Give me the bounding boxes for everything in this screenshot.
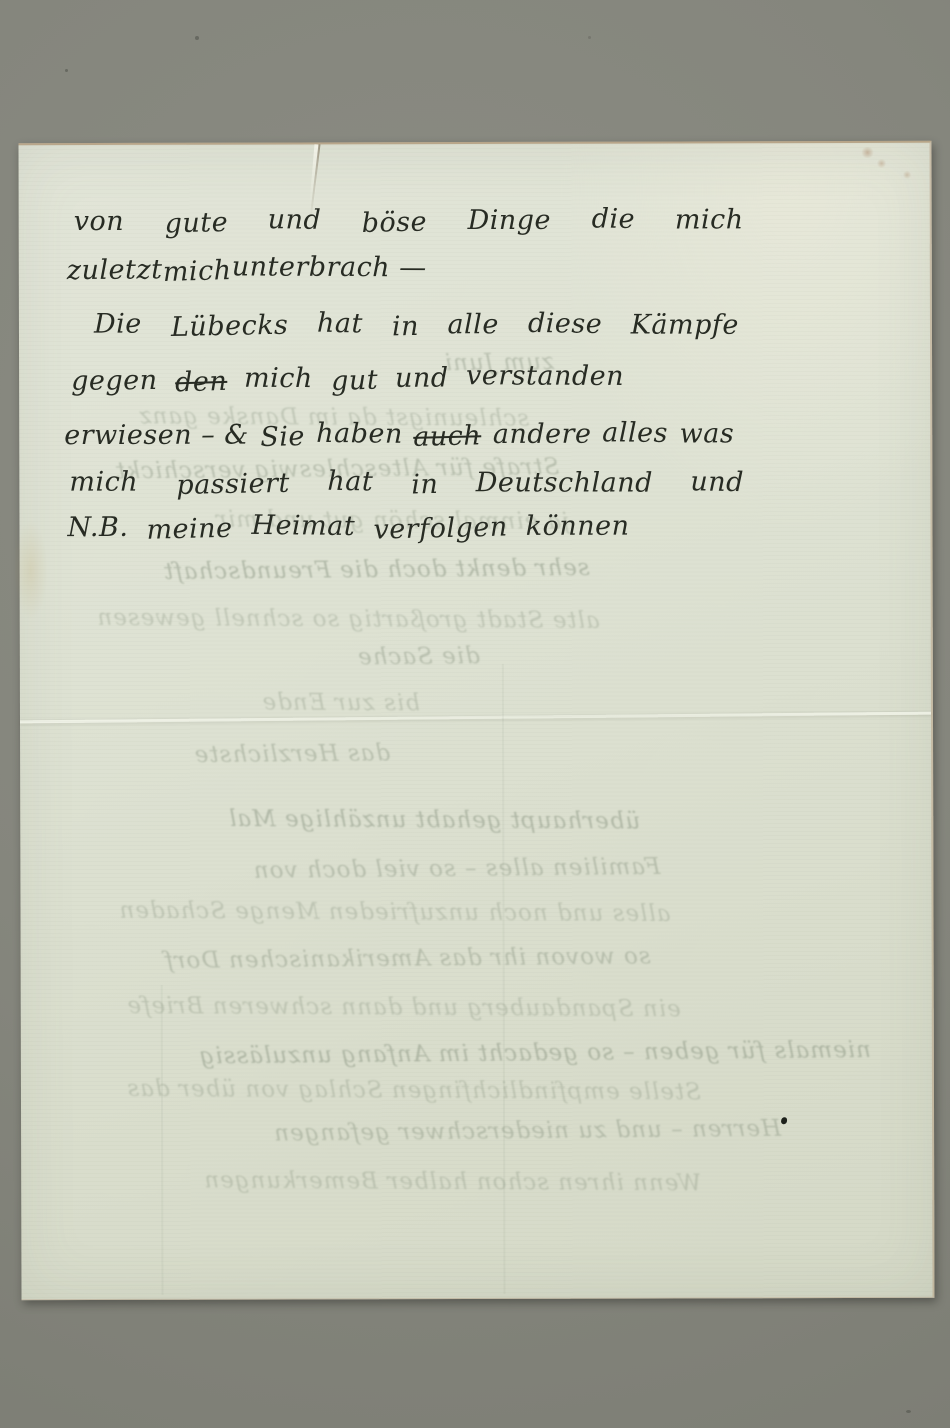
handwritten-word: andere xyxy=(493,420,592,450)
handwriting-line: N.B.meineHeimatverfolgenkönnen xyxy=(67,512,629,543)
dust-speck xyxy=(195,36,199,40)
handwriting-line: DieLübeckshatinalledieseKämpfe xyxy=(94,310,739,341)
handwritten-word: gut xyxy=(330,366,378,397)
handwritten-word: und xyxy=(268,205,322,235)
handwritten-word: von xyxy=(74,207,124,237)
handwriting-line: zuletztmichunterbrach — xyxy=(67,253,427,286)
handwriting-line: gegendenmichgutundverstanden xyxy=(71,362,624,397)
handwritten-word: Deutschland xyxy=(476,468,653,498)
handwriting-line: vonguteundböseDingediemich xyxy=(74,205,744,236)
handwritten-word: mich xyxy=(69,468,138,498)
handwritten-word: können xyxy=(526,512,630,542)
handwriting-line: michpassierthatinDeutschlandund xyxy=(69,468,744,499)
handwritten-word: Die xyxy=(94,310,142,340)
handwritten-word: böse xyxy=(362,207,428,238)
handwritten-word: erwiesen – & xyxy=(64,421,249,451)
handwritten-word: gute xyxy=(164,208,228,239)
handwriting-line: erwiesen – &Siehabenauchanderealleswas xyxy=(64,419,734,450)
handwritten-word: diese xyxy=(527,309,602,340)
handwritten-word: Heimat xyxy=(251,511,355,542)
handwritten-word: mich xyxy=(162,256,232,288)
handwritten-word: alles xyxy=(603,418,669,448)
handwritten-word: unterbrach — xyxy=(232,252,427,283)
handwritten-word: verfolgen xyxy=(373,513,508,546)
handwritten-word: und xyxy=(395,363,449,393)
dust-speck xyxy=(588,36,591,39)
dust-speck xyxy=(906,1410,911,1413)
handwritten-word: mich xyxy=(675,205,744,235)
photo-backdrop: { "palette": { "backdrop": "#85867d", "p… xyxy=(0,0,950,1428)
handwritten-word: in xyxy=(391,312,419,342)
handwritten-word: gegen xyxy=(71,366,158,396)
handwritten-word: hat xyxy=(327,467,373,497)
handwritten-word: und xyxy=(691,467,745,498)
handwritten-word: hat xyxy=(317,309,363,339)
handwritten-word: Lübecks xyxy=(170,311,288,343)
handwritten-word: Kämpfe xyxy=(631,311,739,341)
handwritten-word: Sie xyxy=(260,422,305,453)
handwritten-word: Dinge xyxy=(468,206,552,236)
handwritten-word: meine xyxy=(146,514,233,546)
handwritten-word: zuletzt xyxy=(67,255,163,286)
struck-word: den xyxy=(175,367,228,398)
handwritten-word: passiert xyxy=(176,469,290,501)
handwritten-word: in xyxy=(411,470,439,500)
handwritten-word: was xyxy=(680,419,735,449)
handwritten-word: die xyxy=(591,204,635,234)
handwritten-word: mich xyxy=(244,364,313,394)
dust-speck xyxy=(65,69,68,72)
handwritten-word: verstanden xyxy=(466,361,624,392)
struck-word: auch xyxy=(413,421,482,452)
handwritten-word: haben xyxy=(316,419,403,450)
handwritten-word: alle xyxy=(447,310,498,340)
paper-sheet: zum Junischleunigst da im Danske ganzStr… xyxy=(18,141,934,1300)
handwritten-word: N.B. xyxy=(67,513,128,543)
